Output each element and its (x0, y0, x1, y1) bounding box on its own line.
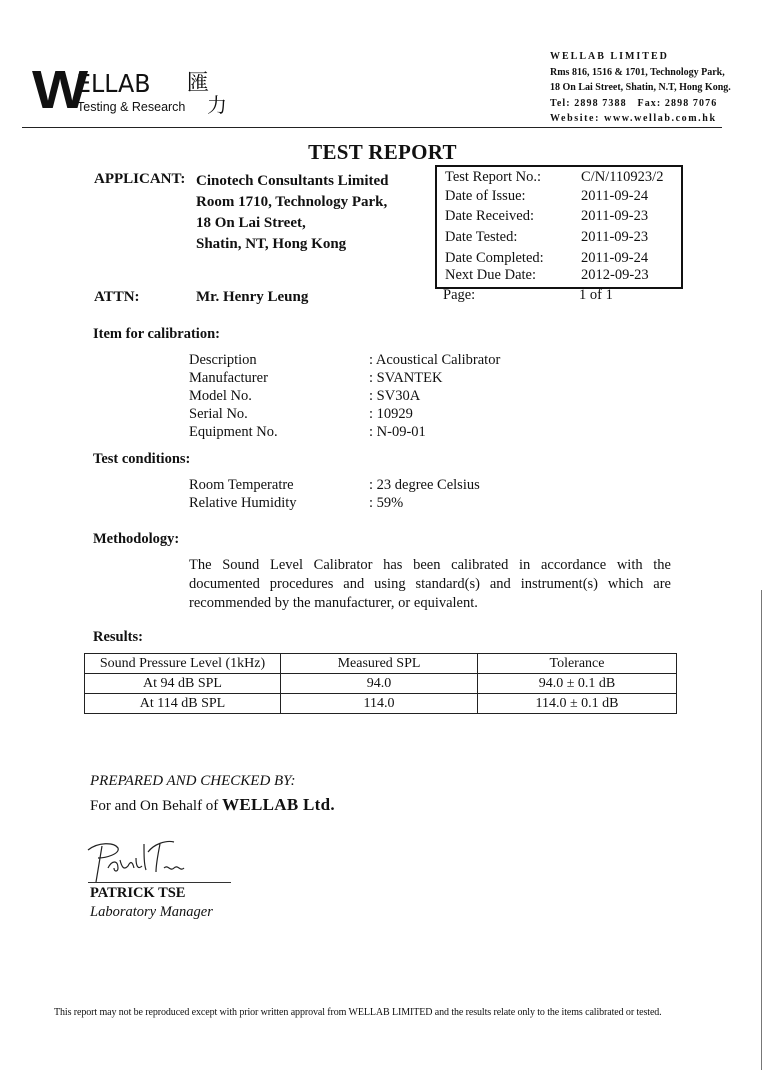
condition-value: : 59% (369, 494, 403, 513)
info-value: 2012-09-23 (581, 266, 649, 286)
logo-name: ELLAB (76, 70, 151, 98)
applicant-line: Room 1710, Technology Park, (196, 192, 389, 213)
info-key: Next Due Date: (445, 266, 536, 286)
info-key: Date of Issue: (445, 187, 526, 207)
page-edge-line (761, 590, 762, 1070)
results-table: Sound Pressure Level (1kHz) Measured SPL… (84, 653, 677, 714)
item-value: : SVANTEK (369, 369, 442, 388)
info-value: 2011-09-23 (581, 228, 648, 248)
attn-value: Mr. Henry Leung (196, 289, 308, 306)
methodology-heading: Methodology: (93, 531, 179, 548)
applicant-label: APPLICANT: (94, 171, 185, 188)
applicant-line: Cinotech Consultants Limited (196, 171, 389, 192)
company-address-1: Rms 816, 1516 & 1701, Technology Park, (550, 65, 731, 81)
table-cell: 114.0 (281, 694, 478, 714)
signature-line (88, 882, 231, 883)
applicant-line: 18 On Lai Street, (196, 213, 389, 234)
item-key: Manufacturer (189, 369, 268, 388)
item-value: : N-09-01 (369, 423, 426, 442)
methodology-text: The Sound Level Calibrator has been cali… (189, 556, 671, 613)
item-value: : Acoustical Calibrator (369, 351, 500, 370)
signatory-title: Laboratory Manager (90, 904, 213, 921)
table-header-row: Sound Pressure Level (1kHz) Measured SPL… (85, 654, 677, 674)
prepared-by-label: PREPARED AND CHECKED BY: (90, 773, 296, 790)
signatory-name: PATRICK TSE (90, 885, 185, 902)
logo-chinese-2: 力 (207, 96, 227, 116)
condition-key: Relative Humidity (189, 494, 297, 513)
item-key: Equipment No. (189, 423, 278, 442)
condition-key: Room Temperatre (189, 476, 294, 495)
company-address-2: 18 On Lai Street, Shatin, N.T, Hong Kong… (550, 80, 731, 96)
item-value: : SV30A (369, 387, 420, 406)
table-row: At 94 dB SPL 94.0 94.0 ± 0.1 dB (85, 674, 677, 694)
table-cell: At 114 dB SPL (85, 694, 281, 714)
table-cell: 94.0 (281, 674, 478, 694)
item-key: Description (189, 351, 257, 370)
company-name: WELLAB LIMITED (550, 49, 731, 65)
column-header: Sound Pressure Level (1kHz) (85, 654, 281, 674)
wellab-logo: W ELLAB Testing & Research 匯 力 (32, 66, 232, 126)
page-title: TEST REPORT (0, 140, 765, 165)
results-heading: Results: (93, 629, 143, 646)
on-behalf-line: For and On Behalf of WELLAB Ltd. (90, 795, 335, 815)
item-heading: Item for calibration: (93, 326, 220, 343)
on-behalf-prefix: For and On Behalf of (90, 798, 222, 814)
company-website: Website: www.wellab.com.hk (550, 111, 731, 127)
table-cell: 114.0 ± 0.1 dB (478, 694, 677, 714)
page-value: 1 of 1 (579, 287, 613, 304)
company-info: WELLAB LIMITED Rms 816, 1516 & 1701, Tec… (550, 49, 731, 127)
conditions-heading: Test conditions: (93, 451, 190, 468)
footer-disclaimer: This report may not be reproduced except… (54, 1007, 714, 1019)
item-key: Model No. (189, 387, 252, 406)
info-value: 2011-09-24 (581, 187, 648, 207)
header-divider (22, 127, 722, 128)
info-key: Date Received: (445, 207, 534, 227)
condition-value: : 23 degree Celsius (369, 476, 480, 495)
column-header: Measured SPL (281, 654, 478, 674)
page-number-row: Page: 1 of 1 (443, 287, 475, 304)
table-row: At 114 dB SPL 114.0 114.0 ± 0.1 dB (85, 694, 677, 714)
item-value: : 10929 (369, 405, 413, 424)
column-header: Tolerance (478, 654, 677, 674)
on-behalf-company: WELLAB Ltd. (222, 795, 335, 814)
info-key: Test Report No.: (445, 168, 541, 188)
item-key: Serial No. (189, 405, 248, 424)
report-info-box: Test Report No.: C/N/110923/2 Date of Is… (435, 165, 683, 289)
logo-tagline: Testing & Research (77, 100, 185, 114)
company-phone: Tel: 2898 7388 Fax: 2898 7076 (550, 96, 731, 112)
page-key: Page: (443, 287, 475, 303)
attn-label: ATTN: (94, 289, 140, 306)
applicant-address: Cinotech Consultants Limited Room 1710, … (196, 171, 389, 255)
signature-icon (84, 838, 204, 884)
info-value: C/N/110923/2 (581, 168, 663, 188)
info-key: Date Tested: (445, 228, 517, 248)
table-cell: At 94 dB SPL (85, 674, 281, 694)
info-value: 2011-09-23 (581, 207, 648, 227)
applicant-line: Shatin, NT, Hong Kong (196, 234, 389, 255)
table-cell: 94.0 ± 0.1 dB (478, 674, 677, 694)
logo-chinese-1: 匯 (187, 72, 209, 94)
